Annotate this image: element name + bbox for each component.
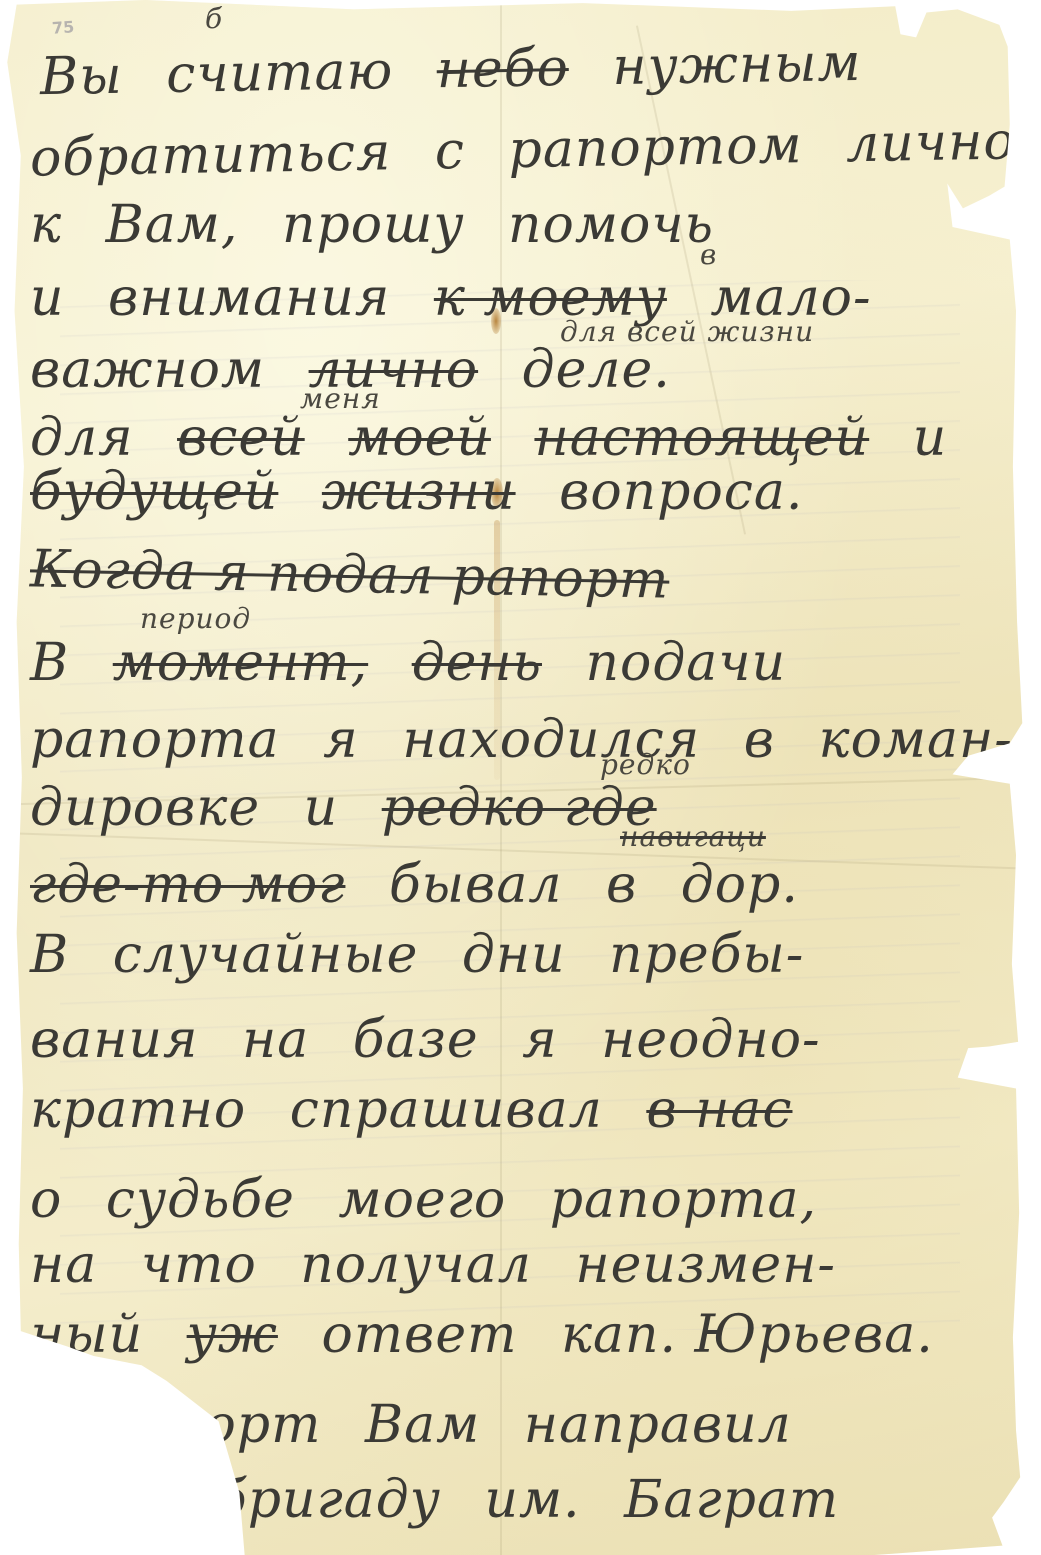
word: помочь <box>508 195 714 255</box>
word: базе <box>353 1010 479 1070</box>
handwritten-line: для всей моей настоящей и <box>30 408 947 468</box>
word: моего <box>338 1170 506 1230</box>
struck-word: момент, <box>113 633 368 693</box>
handwritten-line: обратиться с рапортом лично <box>30 111 1017 188</box>
word: случайные <box>113 925 419 985</box>
handwritten-line: Вы считаю небо нужным <box>40 33 862 107</box>
word: и <box>913 408 948 468</box>
word: внимания <box>108 268 390 328</box>
struck-word: небо <box>436 38 569 100</box>
interlinear-insertion: период <box>140 602 251 635</box>
paper-sheet: 75 б Вы считаю небо нужным обратиться с … <box>0 0 1041 1555</box>
struck-word: редко где <box>382 778 657 838</box>
word: лично <box>846 111 1017 174</box>
word: кап. Юрьева. <box>561 1305 934 1365</box>
handwritten-line: дировке и редко где <box>30 778 657 838</box>
handwritten-line: ный уж ответ кап. Юрьева. <box>30 1305 934 1365</box>
handwritten-line: кратно спрашивал в нас <box>30 1080 792 1140</box>
word: прошу <box>282 195 465 255</box>
word: к <box>30 195 62 255</box>
word: рапортом <box>508 115 803 180</box>
word: В <box>30 925 69 985</box>
word: на <box>30 1235 97 1295</box>
word: в <box>606 855 637 915</box>
struck-word: жизни <box>322 462 516 522</box>
word: бывал <box>389 855 562 915</box>
struck-word: всей <box>177 408 305 468</box>
word: что <box>141 1235 257 1295</box>
word: нужным <box>612 33 862 97</box>
word: на <box>242 1010 309 1070</box>
handwritten-line: о судьбе моего рапорта, <box>30 1170 817 1230</box>
word: я <box>323 710 358 770</box>
interlinear-insertion: в <box>700 238 717 271</box>
word: спрашивал <box>290 1080 603 1140</box>
handwritten-line: вания на базе я неодно- <box>30 1010 821 1070</box>
handwritten-line: Когда я подал рапорт <box>30 539 670 610</box>
word: обратиться <box>30 122 392 188</box>
handwritten-line: порт Вам направил <box>170 1395 792 1455</box>
interlinear-insertion: б <box>205 2 223 35</box>
word: вопроса. <box>559 462 803 522</box>
word: и <box>304 778 339 838</box>
word: пребы- <box>609 925 804 985</box>
word: Вам <box>365 1395 480 1455</box>
interlinear-insertion: редко <box>600 748 691 781</box>
struck-word: где-то мог <box>30 855 345 915</box>
word: Баграт <box>624 1470 839 1530</box>
interlinear-insertion: навигаци <box>620 820 766 853</box>
word: ный <box>30 1305 143 1365</box>
struck-word: Когда я подал рапорт <box>30 539 670 610</box>
word: кратно <box>30 1080 246 1140</box>
word: судьбе <box>106 1170 295 1230</box>
word: Вам, <box>106 195 239 255</box>
word: коман- <box>819 710 1013 770</box>
word: и <box>30 268 65 328</box>
struck-word: будущей <box>30 462 278 522</box>
page-number-stamp: 75 <box>51 17 75 38</box>
word: в <box>744 710 775 770</box>
struck-word: настоящей <box>534 408 869 468</box>
word: для <box>30 408 134 468</box>
handwritten-line: бригаду им. Баграт <box>215 1470 839 1530</box>
struck-word: день <box>412 633 542 693</box>
word: вания <box>30 1010 198 1070</box>
struck-word: уж <box>187 1305 278 1365</box>
word: я <box>522 1010 557 1070</box>
word: ответ <box>321 1305 517 1365</box>
handwritten-line: В момент, день подачи <box>30 633 786 693</box>
struck-word: моей <box>348 408 491 468</box>
word: деле. <box>522 340 671 400</box>
handwritten-line: где-то мог бывал в дор. <box>30 855 799 915</box>
word: В <box>30 633 69 693</box>
handwritten-line: к Вам, прошу помочь <box>30 195 714 255</box>
word: Вы <box>40 46 124 107</box>
word: дор. <box>681 855 799 915</box>
word: рапорта, <box>550 1170 817 1230</box>
handwritten-line: рапорта я находился в коман- <box>30 710 1013 770</box>
word: получал <box>300 1235 532 1295</box>
word: им. <box>484 1470 580 1530</box>
handwritten-line: будущей жизни вопроса. <box>30 462 803 522</box>
word: с <box>434 121 465 182</box>
word: подачи <box>586 633 787 693</box>
word: бригаду <box>215 1470 441 1530</box>
word: дировке <box>30 778 260 838</box>
word: рапорта <box>30 710 280 770</box>
handwritten-line: на что получал неизмен- <box>30 1235 836 1295</box>
word: направил <box>524 1395 792 1455</box>
word: дни <box>462 925 566 985</box>
word: о <box>30 1170 62 1230</box>
word: важном <box>30 340 265 400</box>
word: считаю <box>166 41 394 105</box>
word: неизмен- <box>575 1235 836 1295</box>
handwritten-line: В случайные дни пребы- <box>30 925 804 985</box>
word: неодно- <box>601 1010 820 1070</box>
struck-word: в нас <box>646 1080 792 1140</box>
word: порт <box>170 1395 321 1455</box>
